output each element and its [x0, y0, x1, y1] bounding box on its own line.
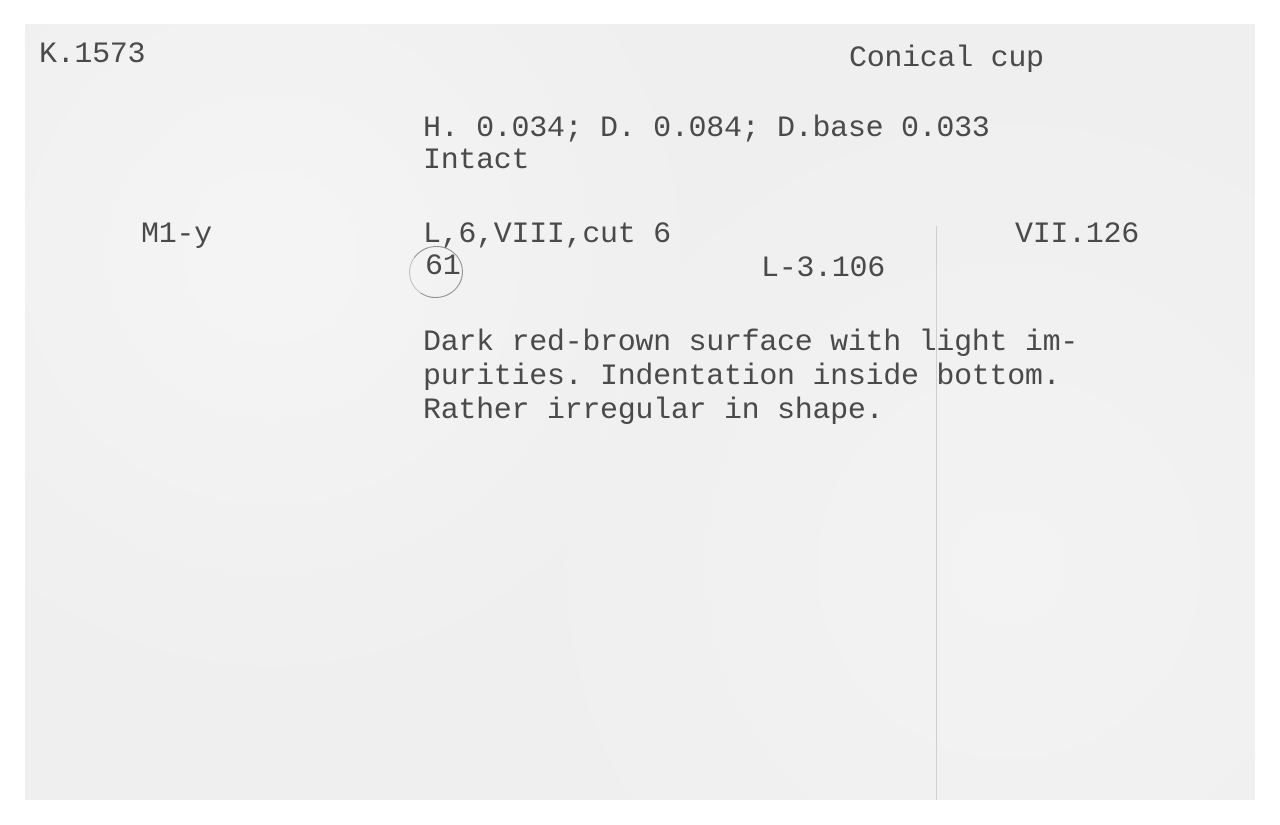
object-type: Conical cup [849, 42, 1044, 76]
context-code: M1-y [141, 218, 212, 252]
catalog-number: K.1573 [39, 38, 145, 72]
vertical-rule [936, 226, 937, 800]
catalog-card: K.1573 Conical cup H. 0.034; D. 0.084; D… [25, 24, 1255, 800]
findspot: L,6,VIII,cut 6 [423, 218, 671, 252]
reference-left: L-3.106 [761, 252, 885, 286]
reference-right: VII.126 [1015, 218, 1139, 252]
description-line-3: Rather irregular in shape. [423, 394, 883, 428]
circled-number: 61 [425, 250, 460, 284]
description-line-2: purities. Indentation inside bottom. [423, 360, 1060, 394]
condition: Intact [423, 144, 529, 178]
description-line-1: Dark red-brown surface with light im- [423, 326, 1078, 360]
dimensions: H. 0.034; D. 0.084; D.base 0.033 [423, 112, 990, 146]
